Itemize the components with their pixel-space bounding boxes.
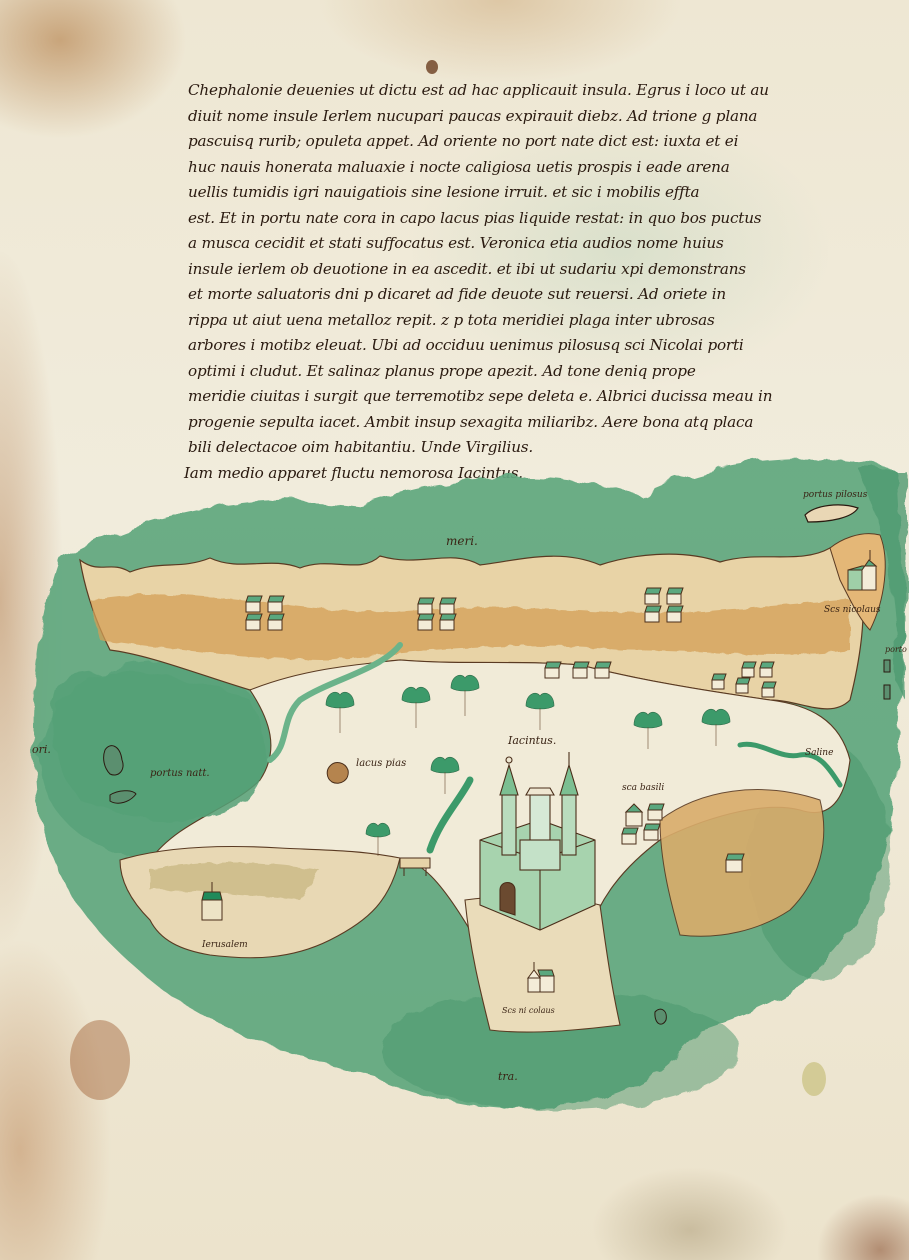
label-ierusalem: Ierusalem bbox=[201, 940, 248, 950]
text-line: et morte saluatoris dni p dicaret ad fid… bbox=[188, 282, 878, 308]
label-iacintus: Iacintus. bbox=[507, 734, 556, 747]
label-meri: meri. bbox=[446, 534, 478, 548]
island-map: meri. ori. tra. portus pilosus portus na… bbox=[0, 440, 909, 1160]
text-line: diuit nome insule Ierlem nucupari paucas… bbox=[188, 104, 878, 130]
text-line: huc nauis honerata maluaxie i nocte cali… bbox=[188, 155, 878, 181]
label-portus-natt: portus natt. bbox=[150, 768, 210, 779]
label-saline: Saline bbox=[805, 748, 833, 758]
island-east-1 bbox=[884, 660, 890, 672]
text-line: optimi i cludut. Et salinaz planus prope… bbox=[188, 359, 878, 385]
label-sanctus-nicolaus-south: Scs ni colaus bbox=[502, 1006, 555, 1015]
text-line: meridie ciuitas i surgit que terremotibz… bbox=[188, 384, 878, 410]
label-portus-pilosus: portus pilosus bbox=[803, 490, 868, 500]
text-line: Chephalonie deuenies ut dictu est ad hac… bbox=[188, 78, 878, 104]
label-sanctus-nicolaus: Scs nicolaus bbox=[824, 605, 881, 615]
manuscript-page: Chephalonie deuenies ut dictu est ad hac… bbox=[0, 0, 909, 1260]
latin-text-block: Chephalonie deuenies ut dictu est ad hac… bbox=[188, 78, 878, 486]
text-line: est. Et in portu nate cora in capo lacus… bbox=[188, 206, 878, 232]
ink-stain bbox=[426, 60, 438, 74]
island-east-2 bbox=[884, 685, 890, 699]
text-line: insule ierlem ob deuotione in ea ascedit… bbox=[188, 257, 878, 283]
west-bay bbox=[52, 672, 265, 821]
lake-pias bbox=[327, 763, 348, 784]
label-tra: tra. bbox=[498, 1070, 518, 1083]
mold-spots bbox=[802, 1062, 826, 1096]
text-line: pascuisq rurib; opuleta appet. Ad orient… bbox=[188, 129, 878, 155]
text-line: rippa ut aiut uena metalloz repit. z p t… bbox=[188, 308, 878, 334]
text-line: progenie sepulta iacet. Ambit insup sexa… bbox=[188, 410, 878, 436]
water-stain bbox=[70, 1020, 130, 1100]
house-row-plain bbox=[545, 662, 611, 678]
text-line: arbores i motibz eleuat. Ubi ad occiduu … bbox=[188, 333, 878, 359]
house-hill bbox=[726, 854, 744, 872]
text-line: uellis tumidis igri nauigatiois sine les… bbox=[188, 180, 878, 206]
label-porto-east: porto bbox=[885, 645, 907, 654]
label-ori: ori. bbox=[32, 743, 51, 756]
label-sancta-basilia: sca basili bbox=[622, 783, 664, 793]
text-line: a musca cecidit et stati suffocatus est.… bbox=[188, 231, 878, 257]
island-east-rock bbox=[655, 1009, 666, 1024]
label-lacus-pias: lacus pias bbox=[356, 758, 406, 769]
